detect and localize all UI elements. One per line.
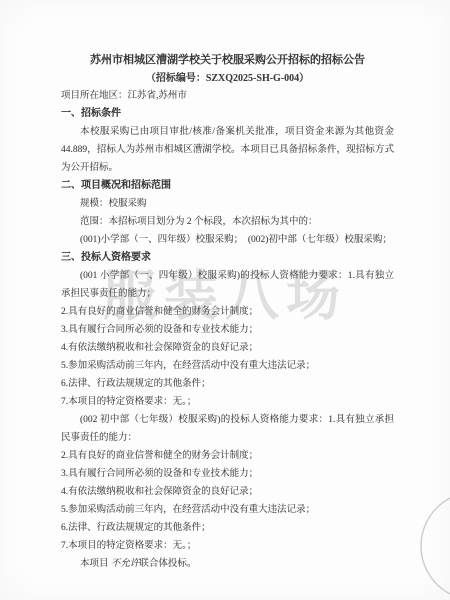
project-scope: 范围：本招标项目划分为 2 个标段，本次招标为其中的： — [61, 213, 394, 231]
consortium-note-emphasis: 不允许 — [111, 559, 140, 569]
lot1-requirement-item: 6.法律、行政法规规定的其他条件； — [61, 375, 394, 393]
lot2-requirements-intro: (002 初中部（七年级）校服采购)的投标人资格能力要求：1.具有独立承担民事责… — [61, 411, 394, 447]
consortium-note-suffix: 联合体投标。 — [139, 559, 196, 569]
lot2-requirement-item: 4.有依法缴纳税收和社会保障资金的良好记录； — [61, 483, 394, 501]
lot1-requirement-item: 2.具有良好的商业信誉和健全的财务会计制度； — [61, 303, 394, 321]
tender-number: （招标编号：SZXQ2025-SH-G-004） — [61, 68, 394, 87]
lot-list: (001)小学部（一、四年级）校服采购； (002)初中部（七年级）校服采购； — [61, 231, 394, 249]
lot1-requirement-item: 5.参加采购活动前三年内，在经营活动中没有重大违法记录； — [61, 357, 394, 375]
lot1-requirements-intro: (001 小学部（一、四年级）校服采购)的投标人资格能力要求：1.具有独立承担民… — [61, 267, 394, 303]
section-1-heading: 一、招标条件 — [61, 105, 394, 123]
lot2-requirement-item: 5.参加采购活动前三年内，在经营活动中没有重大违法记录； — [61, 501, 394, 519]
lot2-requirement-item: 3.具有履行合同所必须的设备和专业技术能力； — [61, 465, 394, 483]
lot2-requirement-item: 7.本项目的特定资格要求：无。； — [61, 537, 394, 555]
lot1-requirement-item: 3.具有履行合同所必须的设备和专业技术能力； — [61, 321, 394, 339]
document-title: 苏州市相城区漕湖学校关于校服采购公开招标的招标公告 — [61, 52, 394, 68]
circular-stamp-seal — [413, 486, 450, 600]
section-2-heading: 二、项目概况和招标范围 — [61, 177, 394, 195]
project-location: 项目所在地区：江苏省,苏州市 — [61, 87, 394, 105]
lot1-requirement-item: 7.本项目的特定资格要求：无。； — [61, 393, 394, 411]
lot2-requirement-item: 2.具有良好的商业信誉和健全的财务会计制度； — [61, 447, 394, 465]
document-body: 苏州市相城区漕湖学校关于校服采购公开招标的招标公告 （招标编号：SZXQ2025… — [61, 52, 394, 573]
consortium-bid-note: 本项目 不允许联合体投标。 — [61, 555, 394, 573]
section-1-paragraph: 本校服采购已由项目审批/核准/备案机关批准，项目资金来源为其他资金 44.889… — [61, 123, 394, 177]
section-3-heading: 三、投标人资格要求 — [61, 249, 394, 267]
project-scale: 规模：校服采购 — [61, 195, 394, 213]
consortium-note-prefix: 本项目 — [80, 559, 111, 569]
lot2-requirement-item: 6.法律、行政法规规定的其他条件； — [61, 519, 394, 537]
scanned-tender-document: 苏州市相城区漕湖学校关于校服采购公开招标的招标公告 （招标编号：SZXQ2025… — [0, 0, 450, 600]
lot1-requirement-item: 4.有依法缴纳税收和社会保障资金的良好记录； — [61, 339, 394, 357]
